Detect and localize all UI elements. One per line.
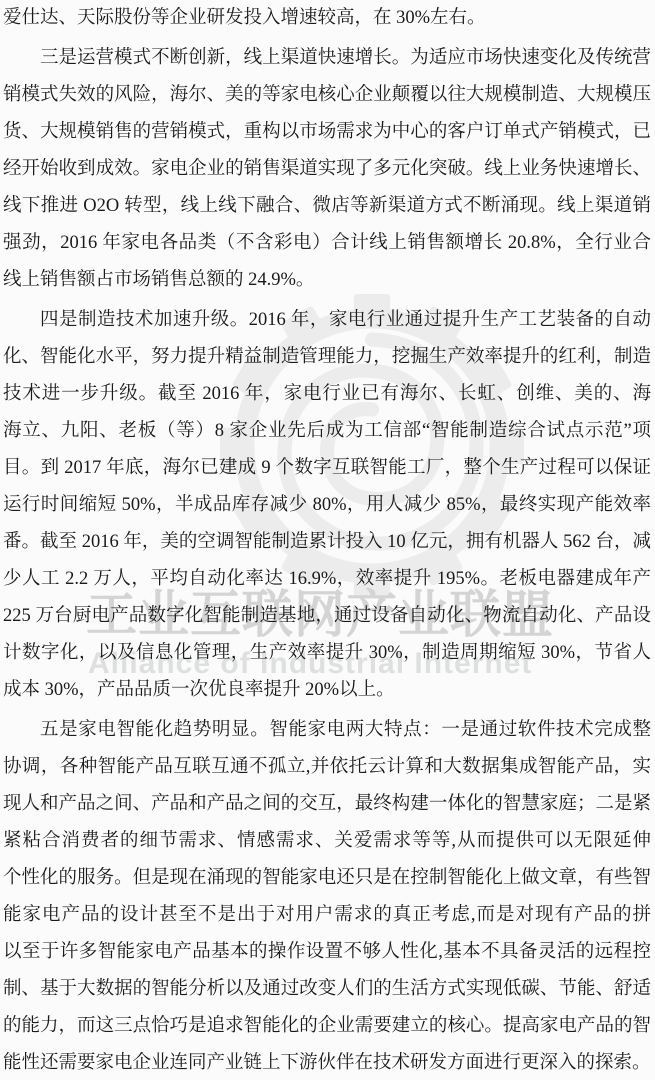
text-line: 番。截至 2016 年，美的空调智能制造累计投入 10 亿元，拥有机器人 562… (3, 524, 651, 561)
text-line: 能性还需要家电企业连同产业链上下游伙伴在技术研发方面进行更深入的探索。 (3, 1045, 651, 1080)
text-line: 个性化的服务。但是现在涌现的智能家电还只是在控制智能化上做文章，有些智 (3, 860, 651, 897)
text-line: 以至于许多智能家电产品基本的操作设置不够人性化,基本不具备灵活的远程控 (3, 934, 651, 971)
text-line: 线上销售额占市场销售总额的 24.9%。 (3, 262, 651, 299)
text-line: 爱仕达、天际股份等企业研发投入增速较高，在 30%左右。 (3, 0, 651, 37)
text-line: 225 万台厨电产品数字化智能制造基地，通过设备自动化、物流自动化、产品设 (3, 598, 651, 635)
text-line: 线下推进 O2O 转型，线上线下融合、微店等新渠道方式不断涌现。线上渠道销售 (3, 188, 651, 225)
text-line: 货、大规模销售的营销模式，重构以市场需求为中心的客户订单式产销模式，已 (3, 114, 651, 151)
document-page: 工业互联网产业联盟 Alliance of Industrial Interne… (0, 0, 655, 1080)
text-line: 目。到 2017 年底，海尔已建成 9 个数字互联智能工厂，整个生产过程可以保证 (3, 450, 651, 487)
paragraph: 爱仕达、天际股份等企业研发投入增速较高，在 30%左右。 (3, 0, 651, 37)
text-line: 少人工 2.2 万人，平均自动化率达 16.9%，效率提升 195%。老板电器建… (3, 561, 651, 598)
text-line: 销模式失效的风险，海尔、美的等家电核心企业颠覆以往大规模制造、大规模压 (3, 77, 651, 114)
paragraph: 四是制造技术加速升级。2016 年，家电行业通过提升生产工艺装备的自动化、智能化… (3, 302, 651, 709)
paragraph: 五是家电智能化趋势明显。智能家电两大特点：一是通过软件技术完成整合、协调，各种智… (3, 712, 651, 1080)
document-content: 爱仕达、天际股份等企业研发投入增速较高，在 30%左右。三是运营模式不断创新，线… (3, 0, 651, 1080)
text-line: 化、智能化水平，努力提升精益制造管理能力，挖掘生产效率提升的红利，制造 (3, 339, 651, 376)
text-line: 的能力，而这三点恰巧是追求智能化的企业需要建立的核心。提高家电产品的智 (3, 1008, 651, 1045)
text-line: 经开始收到成效。家电企业的销售渠道实现了多元化突破。线上业务快速增长、 (3, 151, 651, 188)
text-line: 协调，各种智能产品互联互通不孤立,并依托云计算和大数据集成智能产品，实 (3, 749, 651, 786)
paragraph: 三是运营模式不断创新，线上渠道快速增长。为适应市场快速变化及传统营销模式失效的风… (3, 40, 651, 299)
text-line: 五是家电智能化趋势明显。智能家电两大特点：一是通过软件技术完成整合、 (3, 712, 651, 749)
text-line: 能家电产品的设计甚至不是出于对用户需求的真正考虑,而是对现有产品的拼凑， (3, 897, 651, 934)
text-line: 强劲，2016 年家电各品类（不含彩电）合计线上销售额增长 20.8%，全行业合… (3, 225, 651, 262)
text-line: 四是制造技术加速升级。2016 年，家电行业通过提升生产工艺装备的自动 (3, 302, 651, 339)
text-line: 技术进一步升级。截至 2016 年，家电行业已有海尔、长虹、创维、美的、海信、 (3, 376, 651, 413)
text-line: 紧粘合消费者的细节需求、情感需求、关爱需求等等,从而提供可以无限延伸的、 (3, 823, 651, 860)
text-line: 制、基于大数据的智能分析以及通过改变人们的生活方式实现低碳、节能、舒适 (3, 971, 651, 1008)
text-line: 现人和产品之间、产品和产品之间的交互，最终构建一体化的智慧家庭；二是紧 (3, 786, 651, 823)
text-line: 海立、九阳、老板（等）8 家企业先后成为工信部“智能制造综合试点示范”项 (3, 413, 651, 450)
text-line: 三是运营模式不断创新，线上渠道快速增长。为适应市场快速变化及传统营 (3, 40, 651, 77)
text-line: 运行时间缩短 50%，半成品库存减少 80%，用人减少 85%，最终实现产能效率… (3, 487, 651, 524)
text-line: 成本 30%，产品品质一次优良率提升 20%以上。 (3, 672, 651, 709)
text-line: 计数字化，以及信息化管理，生产效率提升 30%，制造周期缩短 30%，节省人工 (3, 635, 651, 672)
